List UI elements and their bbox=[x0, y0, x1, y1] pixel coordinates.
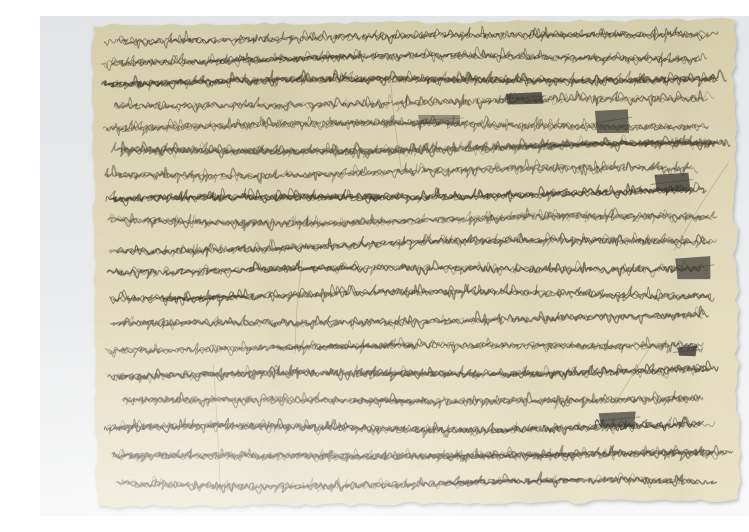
scribble-artwork-canvas bbox=[40, 16, 749, 516]
artwork-photograph: Photograph of an abstract asemic drawing… bbox=[40, 16, 749, 516]
